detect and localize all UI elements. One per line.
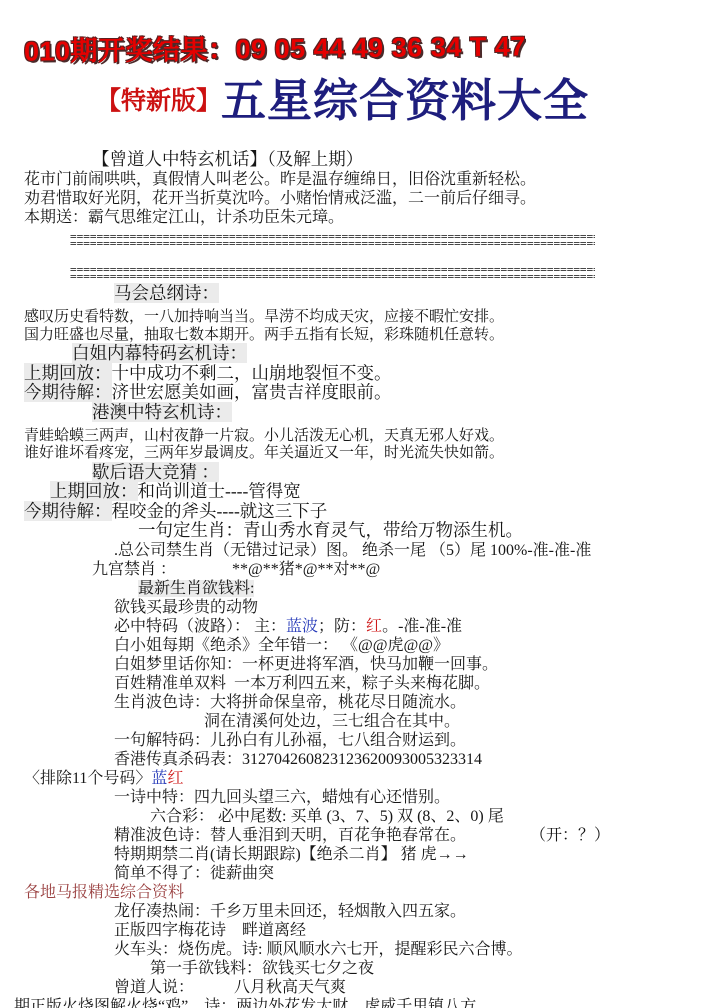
text-segment: 红 (167, 770, 183, 787)
info-line: 生肖波色诗：大将拼命保皇帝，桃花尽日随流水。 (114, 693, 712, 712)
poem-line: 感叹历史看特数，一八加持响当当。旱涝不均成天灾，应接不暇忙安排。 (24, 309, 712, 327)
text-segment: 程咬金的斧头----就这三下子 (112, 501, 328, 521)
text-segment: 六合彩： 必中尾数: 买单 (3、7、5) 双 (8、2、0) 尾 (150, 808, 504, 825)
info-line: 〈排除11个号码〉蓝红 (24, 769, 712, 788)
text-segment: 济世宏愿美如画，富贵吉祥度眼前。 (112, 382, 392, 402)
poem-line: 谁好谁坏看疼宠，三两年岁最调皮。年关逼近又一年，时光流失快如箭。 (24, 445, 712, 463)
text-segment: ；防： (318, 618, 366, 635)
text-segment: 火车头：烧伤虎。诗: 顺风顺水六七开，提醒彩民六合博。 (114, 941, 522, 958)
info-line: 龙仔凑热闹：千乡万里未回还，轻烟散入四五家。 (114, 902, 712, 921)
zengdaoren-heading: 【曾道人中特玄机话】（及解上期） (92, 150, 712, 170)
info-line: 洞在清溪何处边，三七组合在其中。 (204, 712, 712, 731)
text-segment: 〈排除11个号码〉 (24, 770, 151, 787)
text-segment: 一句解特码：儿孙白有儿孙福，七八组合财运到。 (114, 732, 466, 749)
text-segment: 期正版火烧图解火烧“鸡”。诗：两边外花发大财，虎威千里镇八方。 (14, 998, 492, 1008)
main-title-text: 五星综合资料大全 (221, 76, 589, 126)
divider-line: ========================================… (70, 266, 595, 281)
info-line: .总公司禁生肖（无错过记录）图。 绝杀一尾 （5）尾 100%-准-准-准 (114, 541, 712, 560)
text-segment: 【曾道人中特玄机话】（及解上期） (92, 149, 363, 169)
info-line: 今期待解：济世宏愿美如画，富贵吉祥度眼前。 (24, 383, 712, 403)
info-line: 百姓精准单双料 一本万利四五来，粽子头来梅花脚。 (114, 674, 712, 693)
text-segment: 港澳中特玄机诗： (92, 402, 232, 422)
text-segment: 最新生肖欲钱料: (138, 580, 254, 597)
text-segment: 花市门前闹哄哄，真假情人叫老公。昨是温存缠绵日，旧俗沈重新轻松。 (24, 171, 536, 188)
info-line: 正版四字梅花诗 畔道离经 (114, 921, 712, 940)
text-segment: 蓝 (151, 770, 167, 787)
text-segment: 感叹历史看特数，一八加持响当当。旱涝不均成天灾，应接不暇忙安排。 (24, 309, 504, 325)
text-segment: 香港传真杀码表：312704260823123620093005323314 (114, 751, 482, 768)
text-segment: 十中成功不剩二，山崩地裂恒不变。 (112, 363, 392, 383)
content-lines: 【曾道人中特玄机话】（及解上期）花市门前闹哄哄，真假情人叫老公。昨是温存缠绵日，… (0, 150, 712, 1008)
gift-line: 本期送：霸气思维定江山，计杀功臣朱元璋。 (24, 208, 712, 227)
text-segment: 一诗中特：四九回头望三六，蜡烛有心还惜别。 (114, 789, 450, 806)
divider-line: ========================================… (70, 233, 595, 248)
text-segment: 龙仔凑热闹：千乡万里未回还，轻烟散入四五家。 (114, 903, 466, 920)
text-segment: 上期回放： (24, 363, 112, 383)
info-line: 香港传真杀码表：312704260823123620093005323314 (114, 750, 712, 769)
info-line: 白姐梦里话你知：一杯更进将军酒，快马加鞭一回事。 (114, 655, 712, 674)
info-line: 精准波色诗：替人垂泪到天明，百花争艳春常在。 （开：？） (114, 826, 712, 845)
text-segment: 一句定生肖：青山秀水育灵气，带给万物添生机。 (138, 520, 523, 540)
poem-line: 青蛙蛤蟆三两声，山村夜静一片寂。小儿活泼无心机，天真无邪人好戏。 (24, 428, 712, 446)
text-segment: 欲钱买最珍贵的动物 (114, 599, 258, 616)
edition-tag: 【特新版】 (96, 88, 221, 115)
section-heading: 各地马报精选综合资料 (24, 883, 712, 902)
info-line: 必中特码（波路）： 主：蓝波；防：红。-准-准-准 (114, 617, 712, 636)
text-segment: 第一手欲钱料：欲钱买七夕之夜 (150, 960, 374, 977)
footer-line: 期正版火烧图解火烧“鸡”。诗：两边外花发大财，虎威千里镇八方。 (14, 997, 712, 1008)
divider-row: ========================================… (70, 240, 595, 247)
text-segment: 和尚训道士----管得宽 (138, 481, 301, 501)
info-line: 九宫禁肖 ： **@**猪*@**对**@ (92, 560, 712, 579)
info-line: 一诗中特：四九回头望三六，蜡烛有心还惜别。 (114, 788, 712, 807)
text-segment: 精准波色诗：替人垂泪到天明，百花争艳春常在。 （开：？） (114, 827, 610, 844)
poem-line: 花市门前闹哄哄，真假情人叫老公。昨是温存缠绵日，旧俗沈重新轻松。 (24, 170, 712, 189)
text-segment: 白小姐每期《绝杀》全年错一： 《@@虎@@》 (114, 637, 449, 654)
info-line: 第一手欲钱料：欲钱买七夕之夜 (150, 959, 712, 978)
info-line: 六合彩： 必中尾数: 买单 (3、7、5) 双 (8、2、0) 尾 (150, 807, 712, 826)
text-segment: 九宫禁肖 ： **@**猪*@**对**@ (92, 561, 380, 578)
section-heading: 白姐内幕特码玄机诗： (72, 344, 712, 364)
info-line: 特期期禁二肖(请长期跟踪)【绝杀二肖】 猪 虎→→ (114, 845, 712, 864)
text-segment: 白姐内幕特码玄机诗： (72, 343, 247, 363)
text-segment: 简单不得了：徙薪曲突 (114, 865, 274, 882)
info-line: 今期待解：程咬金的斧头----就这三下子 (24, 502, 712, 522)
text-segment: 国力旺盛也尽量，抽取七数本期开。两手五指有长短，彩珠随机任意转。 (24, 327, 504, 343)
text-segment: 谁好谁坏看疼宠，三两年岁最调皮。年关逼近又一年，时光流失快如箭。 (24, 445, 504, 461)
text-segment: 红 (366, 618, 382, 635)
info-line: 曾道人说： 八月秋高天气爽 (114, 978, 712, 997)
text-segment: 蓝波 (286, 618, 318, 635)
lottery-info-sheet: 010期开奖结果：09 05 44 49 36 34 T 47 【特新版】五星综… (0, 0, 712, 1008)
spacer (0, 248, 712, 266)
info-line: 上期回放：十中成功不剩二，山崩地裂恒不变。 (24, 364, 712, 384)
info-line: 一句解特码：儿孙白有儿孙福，七八组合财运到。 (114, 731, 712, 750)
info-line: 火车头：烧伤虎。诗: 顺风顺水六七开，提醒彩民六合博。 (114, 940, 712, 959)
text-segment: 生肖波色诗：大将拼命保皇帝，桃花尽日随流水。 (114, 694, 466, 711)
info-line: 简单不得了：徙薪曲突 (114, 864, 712, 883)
text-segment: 特期期禁二肖(请长期跟踪)【绝杀二肖】 猪 虎→→ (114, 846, 469, 863)
text-segment: 洞在清溪何处边，三七组合在其中。 (204, 713, 460, 730)
text-segment: 青蛙蛤蟆三两声，山村夜静一片寂。小儿活泼无心机，天真无邪人好戏。 (24, 428, 504, 444)
text-segment: 百姓精准单双料 一本万利四五来，粽子头来梅花脚。 (114, 675, 490, 692)
text-segment: 曾道人说： 八月秋高天气爽 (114, 979, 346, 996)
poem-line: 劝君惜取好光阴，花开当折莫沈吟。小赌怡情戒泛滥，二一前后仔细寻。 (24, 189, 712, 208)
text-segment: 今期待解： (24, 501, 112, 521)
info-line: 上期回放：和尚训道士----管得宽 (50, 482, 712, 502)
poem-line: 国力旺盛也尽量，抽取七数本期开。两手五指有长短，彩珠随机任意转。 (24, 327, 712, 345)
draw-result-banner: 010期开奖结果：09 05 44 49 36 34 T 47 (24, 24, 526, 68)
text-segment: 各地马报精选综合资料 (24, 884, 184, 901)
page-title: 【特新版】五星综合资料大全 (0, 0, 712, 150)
text-segment: 劝君惜取好光阴，花开当折莫沈吟。小赌怡情戒泛滥，二一前后仔细寻。 (24, 190, 536, 207)
text-segment: 马会总纲诗： (114, 283, 219, 303)
text-segment: 本期送：霸气思维定江山，计杀功臣朱元璋。 (24, 209, 344, 226)
divider-row: ========================================… (70, 273, 595, 280)
info-line: 欲钱买最珍贵的动物 (114, 598, 712, 617)
section-heading: 歇后语大竞猜 ： (92, 463, 712, 483)
section-heading: 马会总纲诗： (114, 284, 712, 304)
text-segment: .总公司禁生肖（无错过记录）图。 绝杀一尾 （5）尾 100%-准-准-准 (114, 542, 591, 559)
text-segment: 白姐梦里话你知：一杯更进将军酒，快马加鞭一回事。 (114, 656, 498, 673)
section-heading: 港澳中特玄机诗： (92, 403, 712, 423)
text-segment: 上期回放： (50, 481, 138, 501)
text-segment: 歇后语大竞猜 ： (92, 462, 219, 482)
text-segment: 正版四字梅花诗 畔道离经 (114, 922, 306, 939)
text-segment: 。-准-准-准 (382, 618, 462, 635)
text-segment: 必中特码（波路）： 主： (114, 618, 286, 635)
section-heading: 最新生肖欲钱料: (138, 579, 712, 598)
text-segment: 今期待解： (24, 382, 112, 402)
info-line: 白小姐每期《绝杀》全年错一： 《@@虎@@》 (114, 636, 712, 655)
info-line: 一句定生肖：青山秀水育灵气，带给万物添生机。 (138, 521, 712, 541)
